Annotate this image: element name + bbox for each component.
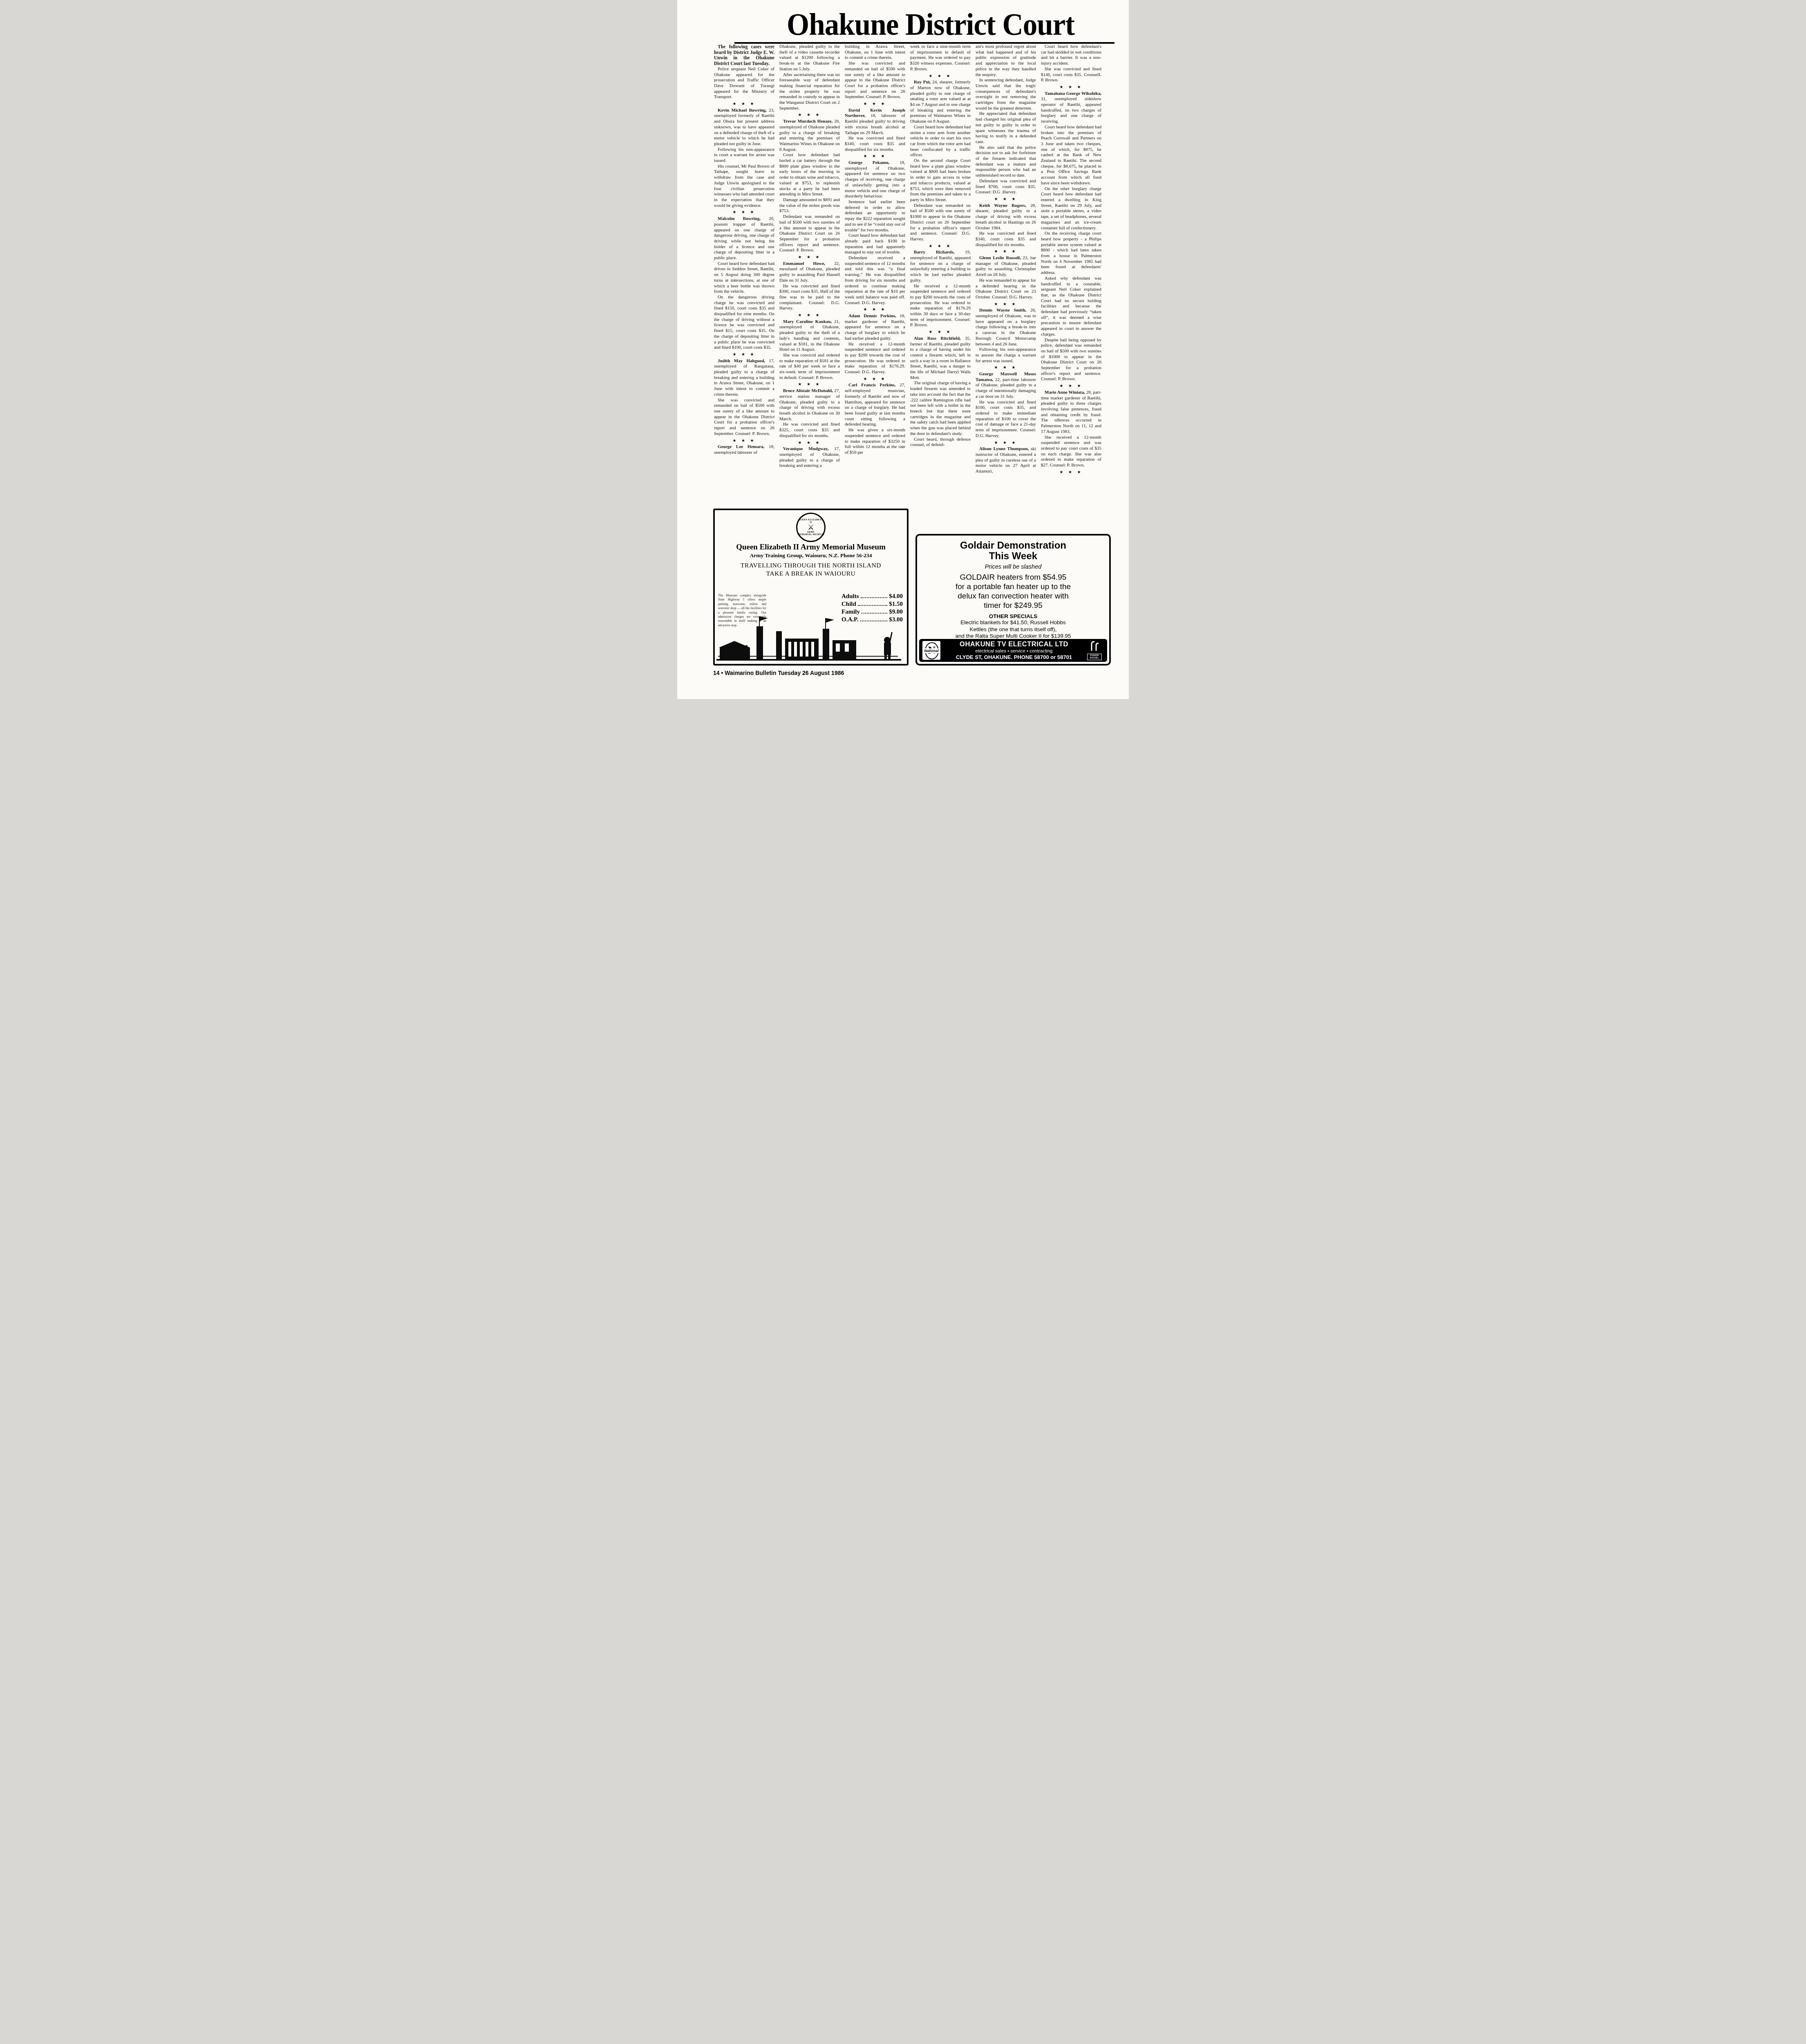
court-report-paragraph: George Maxwell Moses Tamatea, 22, part-t… [976,372,1036,400]
price-value: $4.00 [889,593,903,601]
stars-separator: ★ ★ ★ [845,154,905,159]
stars-separator: ★ ★ ★ [910,244,971,249]
goldair-subtitle: Prices will be slashed [917,564,1109,570]
goldair-special-line: Kettles (the one that turns itself off), [917,626,1109,633]
page-footer: 14 • Waimarino Bulletin Tuesday 26 Augus… [713,670,844,676]
defendant-name: Dennis Wayne Smith, [979,308,1026,313]
fisher-paykel-glyph-icon [1088,641,1101,651]
tv-services-line: electrical sales • service • contracting [943,649,1085,654]
tv-electrical-text: OHAKUNE TV ELECTRICAL LTD electrical sal… [943,641,1085,660]
stars-separator: ★ ★ ★ [1041,383,1101,389]
court-report-paragraph: Mary Caroline Kaukau, 21, unemployed of … [779,319,840,353]
stars-separator: ★ ★ ★ [976,365,1036,371]
court-report-paragraph: Asked why defendant was handcuffed to a … [1041,276,1101,338]
court-report-paragraph: Kevin Michael Bowring, 23, unemployed fo… [714,108,774,147]
court-report-paragraph: On the receiving charge court heard how … [1041,231,1101,276]
stars-separator: ★ ★ ★ [845,101,905,107]
museum-building-illustration [716,615,904,663]
stars-separator: ★ ★ ★ [714,352,774,358]
court-report-paragraph: Defendant was remanded on bail of $500 w… [779,214,840,253]
museum-seal-icon: QUEEN ELIZABETH II ⚔ ARMY MEMORIAL MUSEU… [796,513,826,542]
crossed-swords-icon: ⚔ [808,524,814,531]
court-report-paragraph: Glenn Leslie Russell, 23, bar manager of… [976,255,1036,278]
court-report-paragraph: Court heard, through defence counsel, of… [910,437,971,448]
stars-separator: ★ ★ ★ [1041,470,1101,475]
court-report-paragraph: Roy Pui, 24, shearer, formerly of Marton… [910,80,971,125]
stars-separator: ★ ★ ★ [714,438,774,444]
fisher-paykel-logo: FISHER PAYKEL [1085,641,1104,660]
defendant-name: Marie Anne Winiata, [1045,390,1085,395]
court-report-paragraph: She was convicted and remanded on bail o… [845,61,905,100]
stars-separator: ★ ★ ★ [976,197,1036,202]
court-report-paragraph: On the dangerous driving charge he was c… [714,295,774,351]
defendant-name: George Lee Hemara, [718,444,764,449]
court-report-paragraph: Carl Francis Perkins, 27, self-employed … [845,383,905,428]
fisher-paykel-wordmark: FISHER PAYKEL [1087,654,1102,660]
court-report-paragraph: Marie Anne Winiata, 28, part-time market… [1041,390,1101,435]
defendant-name: Veranique Mudgway, [783,446,828,451]
court-report-paragraph: After ascertaining there was no foreseea… [779,72,840,112]
court-report-paragraph: Defendant was remanded on bail of $500 w… [910,203,971,242]
museum-subtitle: Army Training Group, Waiouru, N.Z. Phone… [715,552,907,559]
court-report-paragraph: He also said that the police decision no… [976,145,1036,179]
goldair-offer-line: timer for $249.95 [917,601,1109,610]
court-report-paragraph: Court heard how defendant had driven in … [714,261,774,295]
defendant-name: Alison Lynne Thompson, [979,446,1029,451]
court-report-paragraph: Court heard how defendant had broken int… [1041,125,1101,186]
stars-separator: ★ ★ ★ [714,210,774,215]
price-label: Child [841,601,856,608]
defendant-name: Adam Dennis Perkins, [848,314,896,318]
court-report-paragraph: George Lee Hemara, 18, unemployed labour… [714,444,774,455]
defendant-name: Trevor Murdoch Henare, [783,119,833,124]
court-report-paragraph: He was convicted and fined $100, court c… [976,400,1036,439]
stars-separator: ★ ★ ★ [910,329,971,335]
footer-text: Waimarino Bulletin Tuesday 26 August 198… [725,670,844,676]
stars-separator: ★ ★ ★ [779,382,840,388]
defendant-name: Alan Ross Ritchfield, [914,336,961,341]
court-report-paragraph: Ohakune, pleaded guilty to the theft of … [779,44,840,72]
court-report-paragraph: He was remanded to appear for a defended… [976,278,1036,300]
price-label: Adults [841,593,859,601]
defendant-name: Bruce Alistair McDonald, [783,388,833,393]
court-report-paragraph: She was convicted and remanded on bail o… [714,398,774,437]
court-report-paragraph: building in Arawa Street, Ohakune, on 1 … [845,44,905,61]
masthead-rule [734,42,1114,44]
court-report-paragraph: Alison Lynne Thompson, ski instructor of… [976,446,1036,475]
goldair-specials-header: OTHER SPECIALS [917,613,1109,619]
court-report-paragraph: Damage amounted to $891 and the value of… [779,197,840,214]
museum-lower-area: The Museum complex alongside State Highw… [715,592,907,664]
court-report-paragraph: On the second charge Court heard how a p… [910,158,971,203]
court-report-paragraph: On the other burglary charge Court heard… [1041,186,1101,231]
court-report-paragraph: Dennis Wayne Smith, 26, unemployed of Oh… [976,308,1036,347]
defendant-name: Malcolm Bowring, [718,216,761,221]
defendant-name: Roy Pui, [914,80,931,85]
stars-separator: ★ ★ ★ [1041,85,1101,90]
tv-company-name: OHAKUNE TV ELECTRICAL LTD [943,641,1085,648]
court-report-paragraph: week or face a nine-month term of impris… [910,44,971,72]
newspaper-page: Ohakune District Court The following cas… [677,0,1129,699]
court-report-paragraph: David Kevin Joseph Northover, 18, labour… [845,108,905,136]
court-report-paragraph: Court how defendant had hurled a car bat… [779,152,840,197]
court-report-paragraph: Barry Richards, 19, unemployed of Raetih… [910,250,971,283]
court-report-paragraph: Alan Ross Ritchfield, 35, farmer of Raet… [910,336,971,381]
court-report-paragraph: She was convicted and fined $140, court … [1041,67,1101,83]
national-logo: N National [922,641,940,660]
fp-word-paykel: PAYKEL [1088,657,1101,659]
price-row: Adults$4.00 [841,593,903,601]
court-report-paragraph: Keith Wayne Rogers, 28, shearer, pleaded… [976,203,1036,231]
court-report-paragraph: Defendant received a suspended sentence … [845,255,905,306]
dot-leader [861,597,888,598]
defendant-name: Barry Richards, [914,250,954,255]
defendant-name: Emmanuel Howe, [783,261,825,266]
page-title: Ohakune District Court [747,9,1114,40]
court-report-paragraph: He received a 12-month suspended sentenc… [910,284,971,329]
court-report-paragraph: Court heard how defendant had stolen a r… [910,125,971,158]
court-report-paragraph: He was convicted and fined $325, court c… [779,422,840,439]
goldair-offer-lines: GOLDAIR heaters from $54.95 for a portab… [917,573,1109,610]
news-column-2: Ohakune, pleaded guilty to the theft of … [779,44,840,469]
goldair-title-line1: Goldair Demonstration [917,540,1109,551]
court-report-paragraph: Bruce Alistair McDonald, 27, service sta… [779,388,840,422]
court-report-paragraph: The following cases were heard by Distri… [714,44,774,67]
court-report-paragraph: He received a 12-month suspended sentenc… [845,342,905,375]
court-report-paragraph: ant's most profound regret about what ha… [976,44,1036,78]
court-report-paragraph: The original charge of having a loaded f… [910,381,971,437]
court-report-paragraph: He was convicted and fined $340, court c… [845,136,905,152]
museum-headline-1: TRAVELLING THROUGH THE NORTH ISLAND [715,562,907,569]
stars-separator: ★ ★ ★ [779,255,840,260]
goldair-offer-line: GOLDAIR heaters from $54.95 [917,573,1109,582]
news-column-1: The following cases were heard by Distri… [714,44,774,456]
defendant-name: Keith Wayne Rogers, [979,203,1026,208]
court-report-paragraph: Veranique Mudgway, 17, unemployed of Oha… [779,446,840,469]
tv-electrical-banner: N National OHAKUNE TV ELECTRICAL LTD ele… [919,639,1107,662]
goldair-title-line2: This Week [917,551,1109,562]
court-report-paragraph: Court heard how defendant's car had skid… [1041,44,1101,67]
goldair-offer-line: delux fan convection heater with [917,592,1109,601]
court-report-paragraph: She received a 12-month suspended senten… [1041,435,1101,468]
dot-leader [858,605,887,606]
stars-separator: ★ ★ ★ [779,313,840,318]
stars-separator: ★ ★ ★ [845,307,905,313]
court-report-paragraph: Following his non-appearance in court a … [714,147,774,164]
news-column-5: ant's most profound regret about what ha… [976,44,1036,475]
court-report-paragraph: Court heard how defendant had already pa… [845,233,905,255]
court-report-paragraph: Tamahana George Wikohika, 31, unemployed… [1041,91,1101,125]
defendant-name: Kevin Michael Bowring, [718,108,767,113]
court-report-paragraph: Despite bail being opposed by police, de… [1041,338,1101,383]
museum-title: Queen Elizabeth II Army Memorial Museum [717,543,904,551]
dot-leader [862,613,887,614]
museum-headline-2: TAKE A BREAK IN WAIOURU [715,570,907,578]
news-column-4: week or face a nine-month term of impris… [910,44,971,448]
court-report-paragraph: He was convicted and fined $300, court c… [779,284,840,312]
court-report-paragraph: Malcolm Bowring, 20, possum trapper of R… [714,216,774,261]
stars-separator: ★ ★ ★ [976,302,1036,307]
page-number: 14 [713,670,720,676]
defendant-name: Judith May Habgood, [718,359,765,363]
court-report-paragraph: He appreciated that defendant had change… [976,111,1036,145]
footer-separator: • [721,670,723,676]
goldair-advert: Goldair Demonstration This Week Prices w… [915,534,1111,666]
masthead: Ohakune District Court [747,10,1114,39]
court-report-paragraph: In sentencing defendant, Judge Unwin sai… [976,78,1036,111]
court-report-paragraph: Adam Dennis Perkins, 18, market gardener… [845,314,905,342]
stars-separator: ★ ★ ★ [714,101,774,107]
stars-separator: ★ ★ ★ [779,112,840,118]
defendant-name: George Maxwell Moses Tamatea, [976,372,1036,382]
goldair-offer-line: for a portable fan heater up to the [917,582,1109,592]
court-report-paragraph: Defendant was convicted and fined $700, … [976,179,1036,195]
museum-advert: QUEEN ELIZABETH II ⚔ ARMY MEMORIAL MUSEU… [713,509,909,666]
defendant-name: Mary Caroline Kaukau, [783,319,832,324]
court-report-paragraph: Police sergeant Neil Coker of Ohakune ap… [714,67,774,100]
court-report-paragraph: His counsel, Mr Paul Brown of Taihape, s… [714,164,774,209]
defendant-name: Glenn Leslie Russell, [979,255,1021,260]
seal-text-bottom: MEMORIAL MUSEUM [797,533,824,536]
stars-separator: ★ ★ ★ [910,74,971,79]
defendant-name: Tamahana George Wikohika, [1045,91,1101,96]
court-report-paragraph: Sentence had earlier been deferred in or… [845,199,905,233]
stars-separator: ★ ★ ★ [845,377,905,382]
news-column-3: building in Arawa Street, Ohakune, on 1 … [845,44,905,456]
tv-address-line: CLYDE ST, OHAKUNE. PHONE 58700 or 58701 [943,654,1085,660]
court-report-paragraph: Emmanuel Howe, 22, messhand of Ohakune, … [779,261,840,284]
court-report-paragraph: George Pekamu, 18, unemployed of Ohakune… [845,160,905,199]
price-value: $1.50 [889,601,903,608]
news-column-6: Court heard how defendant's car had skid… [1041,44,1101,476]
stars-separator: ★ ★ ★ [976,440,1036,446]
defendant-name: George Pekamu, [848,160,889,165]
national-logo-word: National [922,648,940,653]
court-report-paragraph: Judith May Habgood, 17, unemployed of Ra… [714,359,774,398]
price-row: Child$1.50 [841,601,903,608]
defendant-name: David Kevin Joseph Northover, [845,108,905,119]
court-report-paragraph: She was convictd and ordered to make rep… [779,353,840,381]
court-report-paragraph: Trevor Murdoch Henare, 20, unemployed of… [779,119,840,152]
stars-separator: ★ ★ ★ [976,249,1036,255]
court-report-paragraph: Following his non-appearance to answer t… [976,347,1036,364]
court-report-paragraph: He was convicted and fined $340, court c… [976,231,1036,248]
goldair-special-line: Electric blankets for $41.50, Russell Ho… [917,619,1109,626]
court-report-paragraph: He was given a six-month suspended sente… [845,428,905,456]
defendant-name: Carl Francis Perkins, [848,383,895,388]
stars-separator: ★ ★ ★ [779,440,840,446]
